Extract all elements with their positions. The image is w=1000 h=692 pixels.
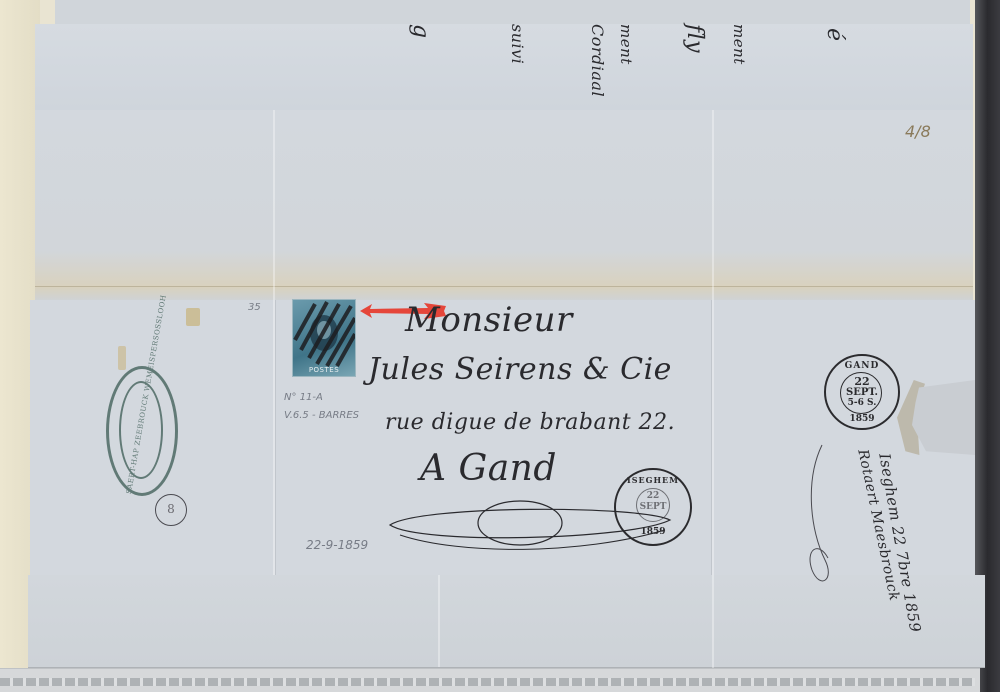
king-portrait-icon [293,300,355,376]
postmark-iseghem: ISEGHEM 22 SEPT 1859 [614,468,692,546]
album-sleeve-perforation [0,678,975,686]
flap-script-fragment: fly [682,24,707,53]
rate-pencil-note: 4/8 [905,122,931,141]
address-line-salutation: Monsieur [405,300,573,340]
postage-stamp: POSTES [292,299,356,377]
plate-pencil-note: V.6.5 - BARRES [284,410,359,421]
date-pencil-note: 22-9-1859 [306,538,368,552]
letter-middle-panel: 4/8 [35,110,973,286]
corner-pencil-note: 35 [248,302,261,313]
letter-bottom-panel [28,575,985,668]
postmark-day: 22 [826,376,898,387]
postmark-town: GAND [826,362,898,371]
fold-crease [35,286,973,301]
postmark-month: SEPT [616,503,690,512]
catalogue-pencil-note: N° 11-A [284,392,323,403]
flap-script-fragment: ment [617,24,635,65]
flap-script-fragment: ment [730,24,748,65]
postmark-time: 5-6 S. [826,399,898,408]
foxing-stain [118,346,126,370]
flap-script-fragment: Cordiaal [588,24,607,97]
small-circle-mark: 8 [155,494,187,526]
address-line-city: A Gand [420,448,557,489]
foxing-stain [186,308,200,326]
oval-cachet: SAERT-HAP ZEEBROUCK WEMEISPERSOSSLOOH [106,366,178,496]
stamp-label: POSTES [293,366,355,374]
sender-flourish-icon [800,440,840,600]
postmark-gand: GAND 22 SEPT. 5-6 S. 1859 [824,354,900,430]
postmark-month: SEPT. [826,388,898,398]
postmark-day: 22 [616,492,690,501]
address-line-street: rue digue de brabant 22. [385,410,675,435]
vertical-fold [438,575,440,667]
postmark-year: 1859 [616,528,690,537]
postmark-year: 1859 [826,415,898,424]
flap-script-fragment: suivi [508,24,527,64]
small-circle-mark-text: 8 [156,503,186,515]
vertical-fold [712,110,714,670]
flap-script-fragment: g [408,24,433,39]
letter-top-strip [55,0,970,25]
flap-script-fragment: é [822,28,847,42]
postmark-town: ISEGHEM [616,476,690,484]
address-line-recipient: Jules Seirens & Cie [368,352,672,387]
letter-top-flap: g suivi Cordiaal ment fly ment é [35,24,973,111]
